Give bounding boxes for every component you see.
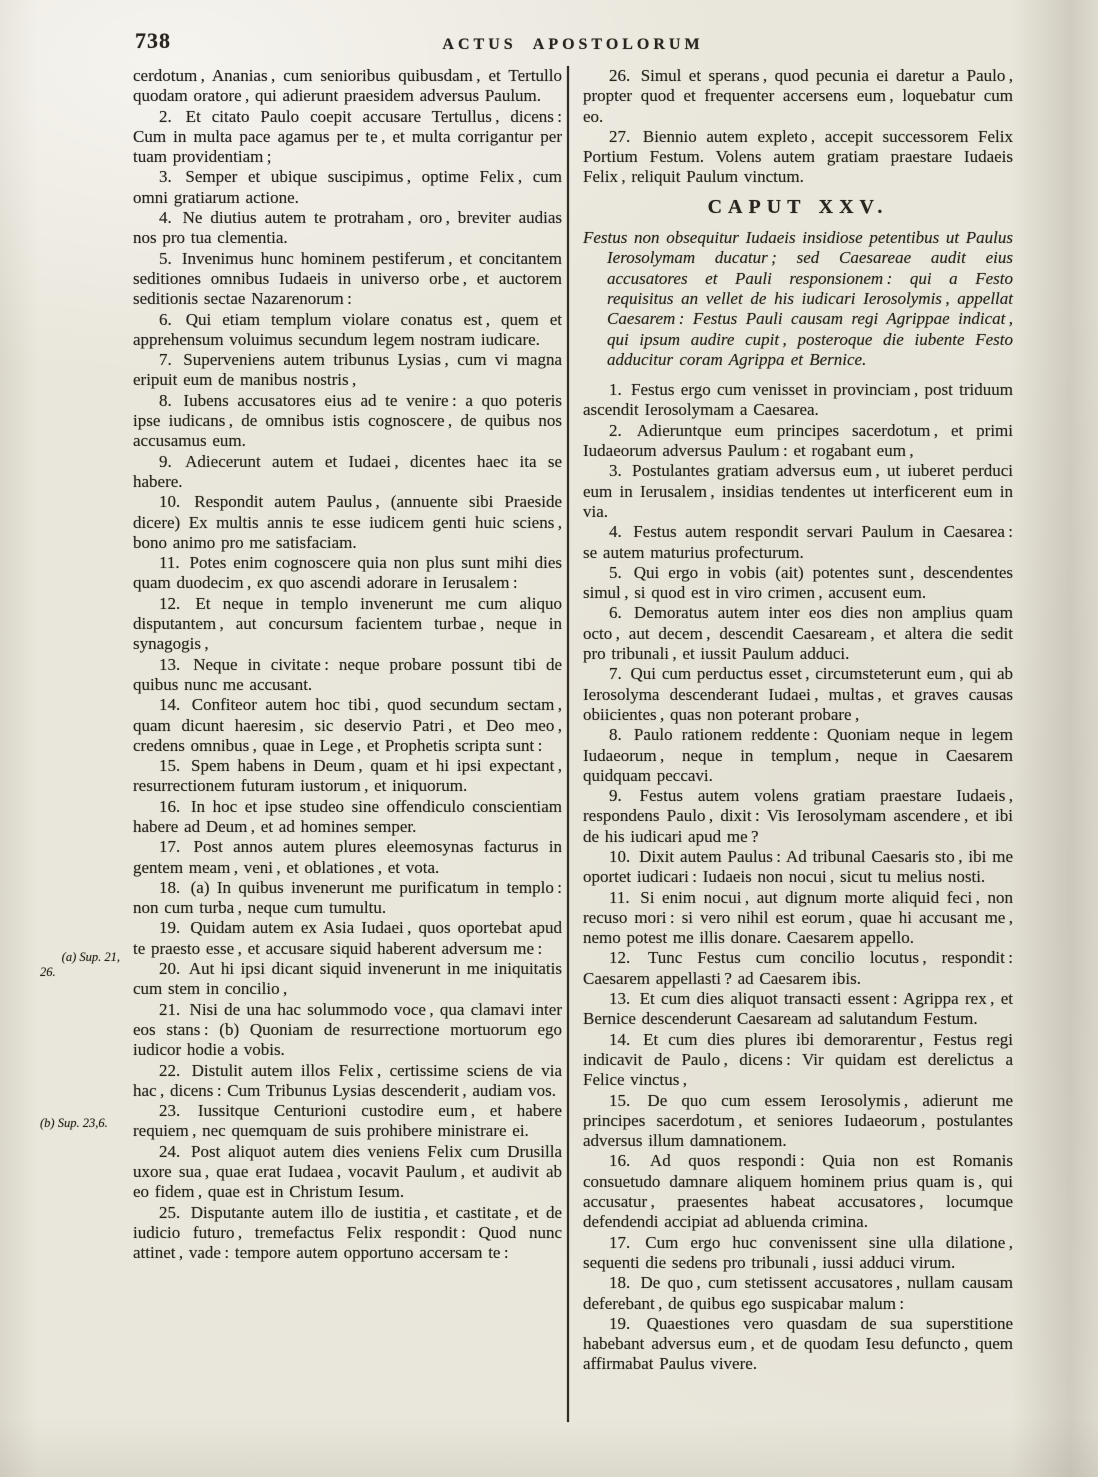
verse-number: 15. xyxy=(609,1091,630,1110)
verse-number: 19. xyxy=(609,1314,630,1333)
verse-paragraph-13: 13. Neque in civitate : neque probare po… xyxy=(133,655,562,696)
margin-note-b: (b) Sup. 23,6. xyxy=(40,1116,120,1131)
verse-number: 11. xyxy=(159,553,180,572)
chapter-heading: CAPUT XXV. xyxy=(583,197,1013,217)
verse-text: Post aliquot autem dies veniens Felix cu… xyxy=(133,1142,562,1202)
verse-paragraph-2: 2. Adieruntque eum principes sacerdotum … xyxy=(583,421,1013,462)
verse-number: 10. xyxy=(159,492,180,511)
verse-text: Festus ergo cum venisset in provinciam ,… xyxy=(583,380,1013,419)
verse-text: Tunc Festus cum concilio locutus , respo… xyxy=(583,948,1013,987)
verse-paragraph-3: 3. Postulantes gratiam adversus eum , ut… xyxy=(583,461,1013,522)
verse-number: 2. xyxy=(159,107,172,126)
verse-paragraph-15: 15. Spem habens in Deum , quam et hi ips… xyxy=(133,756,562,797)
verse-paragraph-24: 24. Post aliquot autem dies veniens Feli… xyxy=(133,1142,562,1203)
verse-text: Et neque in templo invenerunt me cum ali… xyxy=(133,594,562,654)
verse-paragraph-2: 2. Et citato Paulo coepit accusare Tertu… xyxy=(133,107,562,168)
verse-text: Et citato Paulo coepit accusare Tertullu… xyxy=(133,107,562,167)
verse-paragraph-20: 20. Aut hi ipsi dicant siquid invenerunt… xyxy=(133,959,562,1000)
verse-number: 16. xyxy=(609,1151,630,1170)
verse-text: Postulantes gratiam adversus eum , ut iu… xyxy=(583,461,1013,521)
verse-paragraph-27: 27. Biennio autem expleto , accepit succ… xyxy=(583,127,1013,188)
verse-paragraph-17: 17. Cum ergo huc convenissent sine ulla … xyxy=(583,1233,1013,1274)
verse-text: Spem habens in Deum , quam et hi ipsi ex… xyxy=(133,756,562,795)
verse-paragraph-19: 19. Quidam autem ex Asia Iudaei , quos o… xyxy=(133,918,562,959)
verse-text: Quidam autem ex Asia Iudaei , quos oport… xyxy=(133,918,562,957)
book-page: 738 ACTUS APOSTOLORUM (a) Sup. 21, 26. (… xyxy=(0,0,1098,1477)
verse-text: Superveniens autem tribunus Lysias , cum… xyxy=(133,350,562,389)
verse-paragraph-4: 4. Festus autem respondit servari Paulum… xyxy=(583,522,1013,563)
verse-number: 13. xyxy=(609,989,630,1008)
verse-paragraph-18: 18. De quo , cum stetissent accusatores … xyxy=(583,1273,1013,1314)
verse-paragraph-14: 14. Et cum dies plures ibi demorarentur … xyxy=(583,1030,1013,1091)
continuation-paragraph: cerdotum , Ananias , cum senioribus quib… xyxy=(133,66,562,107)
verse-text: Invenimus hunc hominem pestiferum , et c… xyxy=(133,249,562,309)
verse-paragraph-6: 6. Qui etiam templum violare conatus est… xyxy=(133,310,562,351)
verse-number: 6. xyxy=(609,603,622,622)
verse-number: 12. xyxy=(159,594,180,613)
verse-paragraph-9: 9. Festus autem volens gratiam praestare… xyxy=(583,786,1013,847)
verse-text: Iussitque Centurioni custodire eum , et … xyxy=(133,1101,562,1140)
verse-paragraph-22: 22. Distulit autem illos Felix , certiss… xyxy=(133,1061,562,1102)
verse-number: 7. xyxy=(159,350,172,369)
verse-number: 9. xyxy=(159,452,172,471)
previous-chapter-verse-list: 26. Simul et sperans , quod pecunia ei d… xyxy=(583,66,1013,188)
verse-number: 3. xyxy=(609,461,622,480)
verse-paragraph-6: 6. Demoratus autem inter eos dies non am… xyxy=(583,603,1013,664)
verse-paragraph-18: 18. (a) In quibus invenerunt me purifica… xyxy=(133,878,562,919)
verse-text: Festus autem volens gratiam praestare Iu… xyxy=(583,786,1013,846)
verse-text: Quaestiones vero quasdam de sua supersti… xyxy=(583,1314,1013,1374)
margin-note-b-line1: (b) Sup. 23,6. xyxy=(40,1116,108,1130)
verse-text: Festus autem respondit servari Paulum in… xyxy=(583,522,1013,561)
verse-paragraph-11: 11. Si enim nocui , aut dignum morte ali… xyxy=(583,888,1013,949)
verse-number: 27. xyxy=(609,127,630,146)
verse-text: Disputante autem illo de iustitia , et c… xyxy=(133,1203,562,1263)
verse-text: Post annos autem plures eleemosynas fact… xyxy=(133,837,562,876)
verse-number: 8. xyxy=(609,725,622,744)
left-verse-list: 2. Et citato Paulo coepit accusare Tertu… xyxy=(133,107,562,1264)
verse-number: 25. xyxy=(159,1203,180,1222)
verse-text: Neque in civitate : neque probare possun… xyxy=(133,655,562,694)
verse-number: 22. xyxy=(159,1061,180,1080)
verse-text: Dixit autem Paulus : Ad tribunal Caesari… xyxy=(583,847,1013,886)
verse-number: 20. xyxy=(159,959,180,978)
verse-number: 11. xyxy=(609,888,630,907)
verse-text: Qui cum perductus esset , circumsteterun… xyxy=(583,664,1013,724)
verse-text: Qui etiam templum violare conatus est , … xyxy=(133,310,562,349)
verse-text: Cum ergo huc convenissent sine ulla dila… xyxy=(583,1233,1013,1272)
verse-number: 17. xyxy=(609,1233,630,1252)
margin-note-a: (a) Sup. 21, 26. xyxy=(40,950,120,980)
verse-paragraph-1: 1. Festus ergo cum venisset in provincia… xyxy=(583,380,1013,421)
verse-text: Si enim nocui , aut dignum morte aliquid… xyxy=(583,888,1013,948)
verse-text: De quo , cum stetissent accusatores , nu… xyxy=(583,1273,1013,1312)
verse-number: 4. xyxy=(609,522,622,541)
verse-paragraph-11: 11. Potes enim cognoscere quia non plus … xyxy=(133,553,562,594)
verse-paragraph-17: 17. Post annos autem plures eleemosynas … xyxy=(133,837,562,878)
verse-paragraph-8: 8. Iubens accusatores eius ad te venire … xyxy=(133,391,562,452)
verse-text: Qui ergo in vobis (ait) potentes sunt , … xyxy=(583,563,1013,602)
verse-paragraph-7: 7. Superveniens autem tribunus Lysias , … xyxy=(133,350,562,391)
verse-text: (a) In quibus invenerunt me purificatum … xyxy=(133,878,562,917)
verse-text: In hoc et ipse studeo sine offendiculo c… xyxy=(133,797,562,836)
verse-number: 14. xyxy=(609,1030,630,1049)
chapter-argument: Festus non obsequitur Iudaeis insidiose … xyxy=(583,228,1013,370)
verse-number: 23. xyxy=(159,1101,180,1120)
verse-paragraph-15: 15. De quo cum essem Ierosolymis , adier… xyxy=(583,1091,1013,1152)
verse-text: De quo cum essem Ierosolymis , adierunt … xyxy=(583,1091,1013,1151)
verse-number: 7. xyxy=(609,664,622,683)
verse-paragraph-5: 5. Invenimus hunc hominem pestiferum , e… xyxy=(133,249,562,310)
verse-paragraph-4: 4. Ne diutius autem te protraham , oro ,… xyxy=(133,208,562,249)
verse-paragraph-8: 8. Paulo rationem reddente : Quoniam neq… xyxy=(583,725,1013,786)
verse-number: 16. xyxy=(159,797,180,816)
verse-number: 13. xyxy=(159,655,180,674)
verse-text: Et cum dies plures ibi demorarentur , Fe… xyxy=(583,1030,1013,1090)
verse-number: 8. xyxy=(159,391,172,410)
verse-paragraph-21: 21. Nisi de una hac solummodo voce , qua… xyxy=(133,1000,562,1061)
verse-number: 18. xyxy=(159,878,180,897)
margin-note-a-line1: (a) Sup. 21, xyxy=(40,950,120,965)
right-column: 26. Simul et sperans , quod pecunia ei d… xyxy=(583,66,1013,1375)
verse-number: 3. xyxy=(159,167,172,186)
running-title: ACTUS APOSTOLORUM xyxy=(133,36,1013,54)
verse-paragraph-12: 12. Tunc Festus cum concilio locutus , r… xyxy=(583,948,1013,989)
verse-text: Paulo rationem reddente : Quoniam neque … xyxy=(583,725,1013,785)
verse-paragraph-10: 10. Dixit autem Paulus : Ad tribunal Cae… xyxy=(583,847,1013,888)
verse-text: Semper et ubique suscipimus , optime Fel… xyxy=(133,167,562,206)
verse-number: 12. xyxy=(609,948,630,967)
verse-text: Distulit autem illos Felix , certissime … xyxy=(133,1061,562,1100)
verse-text: Confiteor autem hoc tibi , quod secundum… xyxy=(133,695,562,755)
verse-paragraph-12: 12. Et neque in templo invenerunt me cum… xyxy=(133,594,562,655)
verse-number: 10. xyxy=(609,847,630,866)
verse-number: 9. xyxy=(609,786,622,805)
verse-text: Adiecerunt autem et Iudaei , dicentes ha… xyxy=(133,452,562,491)
verse-number: 17. xyxy=(159,837,180,856)
verse-paragraph-5: 5. Qui ergo in vobis (ait) potentes sunt… xyxy=(583,563,1013,604)
verse-text: Simul et sperans , quod pecunia ei daret… xyxy=(583,66,1013,126)
verse-text: Nisi de una hac solummodo voce , qua cla… xyxy=(133,1000,562,1060)
verse-number: 21. xyxy=(159,1000,180,1019)
verse-paragraph-10: 10. Respondit autem Paulus , (annuente s… xyxy=(133,492,562,553)
verse-paragraph-16: 16. In hoc et ipse studeo sine offendicu… xyxy=(133,797,562,838)
left-column: cerdotum , Ananias , cum senioribus quib… xyxy=(133,66,562,1264)
verse-text: Potes enim cognoscere quia non plus sunt… xyxy=(133,553,562,592)
verse-text: Ne diutius autem te protraham , oro , br… xyxy=(133,208,562,247)
right-verse-list: 1. Festus ergo cum venisset in provincia… xyxy=(583,380,1013,1375)
verse-text: Aut hi ipsi dicant siquid invenerunt in … xyxy=(133,959,562,998)
verse-number: 5. xyxy=(159,249,172,268)
verse-number: 19. xyxy=(159,918,180,937)
verse-number: 15. xyxy=(159,756,180,775)
verse-paragraph-3: 3. Semper et ubique suscipimus , optime … xyxy=(133,167,562,208)
verse-text: Biennio autem expleto , accepit successo… xyxy=(583,127,1013,187)
verse-paragraph-25: 25. Disputante autem illo de iustitia , … xyxy=(133,1203,562,1264)
column-divider-rule xyxy=(567,66,569,1422)
verse-text: Adieruntque eum principes sacerdotum , e… xyxy=(583,421,1013,460)
verse-number: 2. xyxy=(609,421,622,440)
verse-paragraph-9: 9. Adiecerunt autem et Iudaei , dicentes… xyxy=(133,452,562,493)
verse-paragraph-23: 23. Iussitque Centurioni custodire eum ,… xyxy=(133,1101,562,1142)
verse-number: 1. xyxy=(609,380,622,399)
verse-text: Ad quos respondi : Quia non est Romanis … xyxy=(583,1151,1013,1231)
verse-text: Iubens accusatores eius ad te venire : a… xyxy=(133,391,562,451)
verse-paragraph-14: 14. Confiteor autem hoc tibi , quod secu… xyxy=(133,695,562,756)
margin-note-a-line2: 26. xyxy=(40,965,120,980)
verse-text: Respondit autem Paulus , (annuente sibi … xyxy=(133,492,562,552)
verse-text: Et cum dies aliquot transacti essent : A… xyxy=(583,989,1013,1028)
verse-paragraph-19: 19. Quaestiones vero quasdam de sua supe… xyxy=(583,1314,1013,1375)
verse-paragraph-7: 7. Qui cum perductus esset , circumstete… xyxy=(583,664,1013,725)
verse-number: 14. xyxy=(159,695,180,714)
verse-number: 24. xyxy=(159,1142,180,1161)
verse-number: 6. xyxy=(159,310,172,329)
verse-number: 5. xyxy=(609,563,622,582)
verse-number: 4. xyxy=(159,208,172,227)
verse-number: 26. xyxy=(609,66,630,85)
verse-number: 18. xyxy=(609,1273,630,1292)
verse-text: Demoratus autem inter eos dies non ampli… xyxy=(583,603,1013,663)
verse-paragraph-26: 26. Simul et sperans , quod pecunia ei d… xyxy=(583,66,1013,127)
verse-paragraph-13: 13. Et cum dies aliquot transacti essent… xyxy=(583,989,1013,1030)
verse-paragraph-16: 16. Ad quos respondi : Quia non est Roma… xyxy=(583,1151,1013,1232)
